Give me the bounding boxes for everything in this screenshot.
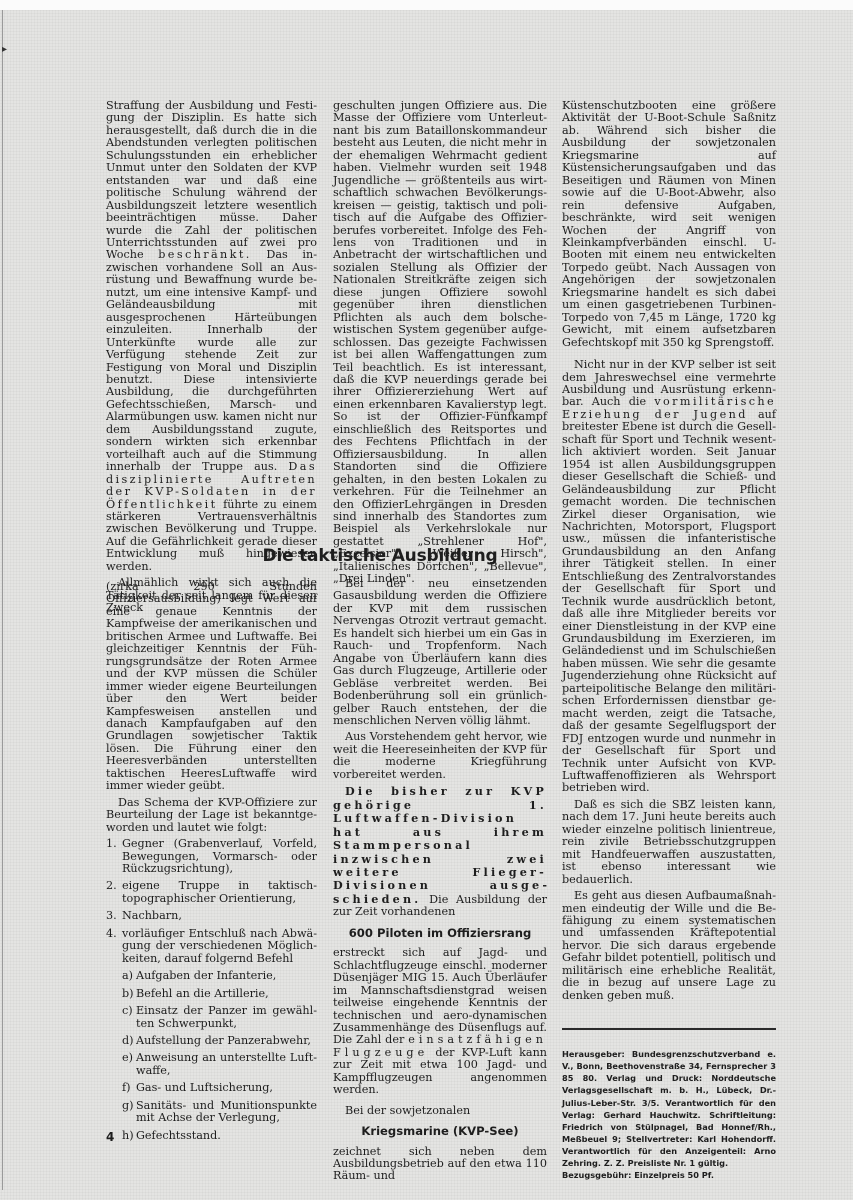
sublist-text: Befehl an die Artillerie, (136, 987, 269, 1000)
list-number: 1. (106, 838, 117, 850)
newspaper-page: ▸ Straffung der Ausbildung und Festi­gun… (0, 0, 853, 1200)
price-text: Bezugsgebühr: Einzelpreis 50 Pf. (562, 1169, 776, 1181)
paragraph: Das Schema der KVP-Offiziere zur Beurtei… (106, 797, 317, 834)
paragraph: (zirka 290 Stunden Offiziersausbildung) … (106, 581, 317, 793)
paragraph: Es geht aus diesen Aufbaumaßnah­men eind… (562, 890, 776, 1002)
text-span: erstreckt sich auf Jagd- und Schlacht­fl… (333, 946, 547, 1046)
sublist-letter: d) (122, 1035, 134, 1047)
emphasis-spaced: Die bisher zur KVP gehö­rige 1. Luftwaff… (333, 784, 547, 906)
list-item: 1.Gegner (Grabenverlauf, Vorfeld, Bewegu… (106, 838, 317, 875)
sublist-text: Gas- und Luftsicherung, (136, 1081, 273, 1094)
text-span: auf breitester Ebene ist durch die Gesel… (562, 408, 776, 795)
section-heading: Die taktische Ausbildung (205, 546, 555, 566)
edge-mark-icon: ▸ (2, 44, 7, 55)
column-1-bottom: (zirka 290 Stunden Offiziersausbildung) … (106, 581, 317, 1147)
list-text: Gegner (Grabenverlauf, Vorfeld, Bewegung… (122, 837, 317, 875)
emphasis-spaced: beschränkt. (158, 248, 251, 261)
paragraph: Bei der sowjetzonalen (333, 1105, 547, 1117)
list-item: 3.Nachbarn, (106, 910, 317, 922)
page-number: 4 (106, 1130, 114, 1144)
sublist-item: b)Befehl an die Artillerie, (106, 988, 317, 1000)
assessment-schema-list: 1.Gegner (Grabenverlauf, Vorfeld, Bewegu… (106, 838, 317, 965)
list-number: 2. (106, 880, 117, 892)
column-2-bottom: Bei der neu einsetzenden Gasausbil­dung … (333, 578, 547, 1187)
paragraph: Daß es sich die SBZ leisten kann, nach d… (562, 799, 776, 886)
scan-left-edge (2, 10, 3, 1190)
page-top-edge (0, 0, 853, 10)
paragraph: Straffung der Ausbildung und Festi­gung … (106, 100, 317, 573)
sublist-letter: f) (122, 1082, 131, 1094)
imprint-text: Herausgeber: Bundesgrenzschutzverband e.… (562, 1048, 776, 1169)
column-1-top: Straffung der Ausbildung und Festi­gung … (106, 100, 317, 619)
paragraph: zeichnet sich neben dem Ausbildungs­betr… (333, 1146, 547, 1183)
sublist-letter: e) (122, 1052, 133, 1064)
list-text: vorläufiger Entschluß nach Abwä­gung der… (122, 927, 317, 965)
sublist-text: Sanitäts- und Munitionspunkte mit Achse … (136, 1099, 317, 1124)
sublist-letter: a) (122, 970, 133, 982)
sublist-item: d)Aufstellung der Panzerabwehr, (106, 1035, 317, 1047)
sublist-item: f)Gas- und Luftsicherung, (106, 1082, 317, 1094)
sublist-item: c)Einsatz der Panzer im gewähl­ten Schwe… (106, 1005, 317, 1030)
list-text: Nachbarn, (122, 909, 182, 922)
subheading-navy: Kriegsmarine (KVP-See) (333, 1125, 547, 1137)
column-2-top: geschulten jungen Offiziere aus. Die Mas… (333, 100, 547, 590)
text-span: Das in­zwischen vorhandene Soll an Aus­r… (106, 248, 317, 473)
list-number: 3. (106, 910, 117, 922)
sublist-text: Gefechtsstand. (136, 1129, 221, 1142)
paragraph: Küstenschutzbooten eine größere Akti­vit… (562, 100, 776, 349)
paragraph: erstreckt sich auf Jagd- und Schlacht­fl… (333, 947, 547, 1096)
order-sublist: a)Aufgaben der Infanterie, b)Befehl an d… (106, 970, 317, 1142)
paragraph: Nicht nur in der KVP selber ist seit dem… (562, 359, 776, 795)
sublist-text: Aufstellung der Panzerabwehr, (136, 1034, 311, 1047)
text-span: Straffung der Ausbildung und Festi­gung … (106, 99, 317, 261)
paragraph: Bei der neu einsetzenden Gasausbil­dung … (333, 578, 547, 727)
list-item: 4.vorläufiger Entschluß nach Abwä­gung d… (106, 928, 317, 965)
sublist-text: Aufgaben der Infanterie, (136, 969, 276, 982)
sublist-text: Einsatz der Panzer im gewähl­ten Schwerp… (136, 1004, 317, 1029)
column-3: Küstenschutzbooten eine größere Akti­vit… (562, 100, 776, 1181)
sublist-letter: c) (122, 1005, 133, 1017)
imprint-divider (562, 1028, 776, 1030)
sublist-letter: h) (122, 1130, 134, 1142)
paragraph: Die bisher zur KVP gehö­rige 1. Luftwaff… (333, 785, 547, 919)
paragraph: geschulten jungen Offiziere aus. Die Mas… (333, 100, 547, 586)
list-text: eigene Truppe in taktisch-topogra­phisch… (122, 879, 317, 904)
sublist-item: e)Anweisung an unterstellte Luft­waffe, (106, 1052, 317, 1077)
paragraph: Aus Vorstehendem geht hervor, wie weit d… (333, 731, 547, 781)
sublist-letter: g) (122, 1100, 134, 1112)
sublist-letter: b) (122, 988, 134, 1000)
sublist-item: g)Sanitäts- und Munitionspunkte mit Achs… (106, 1100, 317, 1125)
list-item: 2.eigene Truppe in taktisch-topogra­phis… (106, 880, 317, 905)
sublist-item: h)Gefechtsstand. (106, 1130, 317, 1142)
sublist-item: a)Aufgaben der Infanterie, (106, 970, 317, 982)
list-number: 4. (106, 928, 117, 940)
subheading-pilots: 600 Piloten im Offiziersrang (333, 927, 547, 939)
sublist-text: Anweisung an unterstellte Luft­waffe, (136, 1051, 317, 1076)
